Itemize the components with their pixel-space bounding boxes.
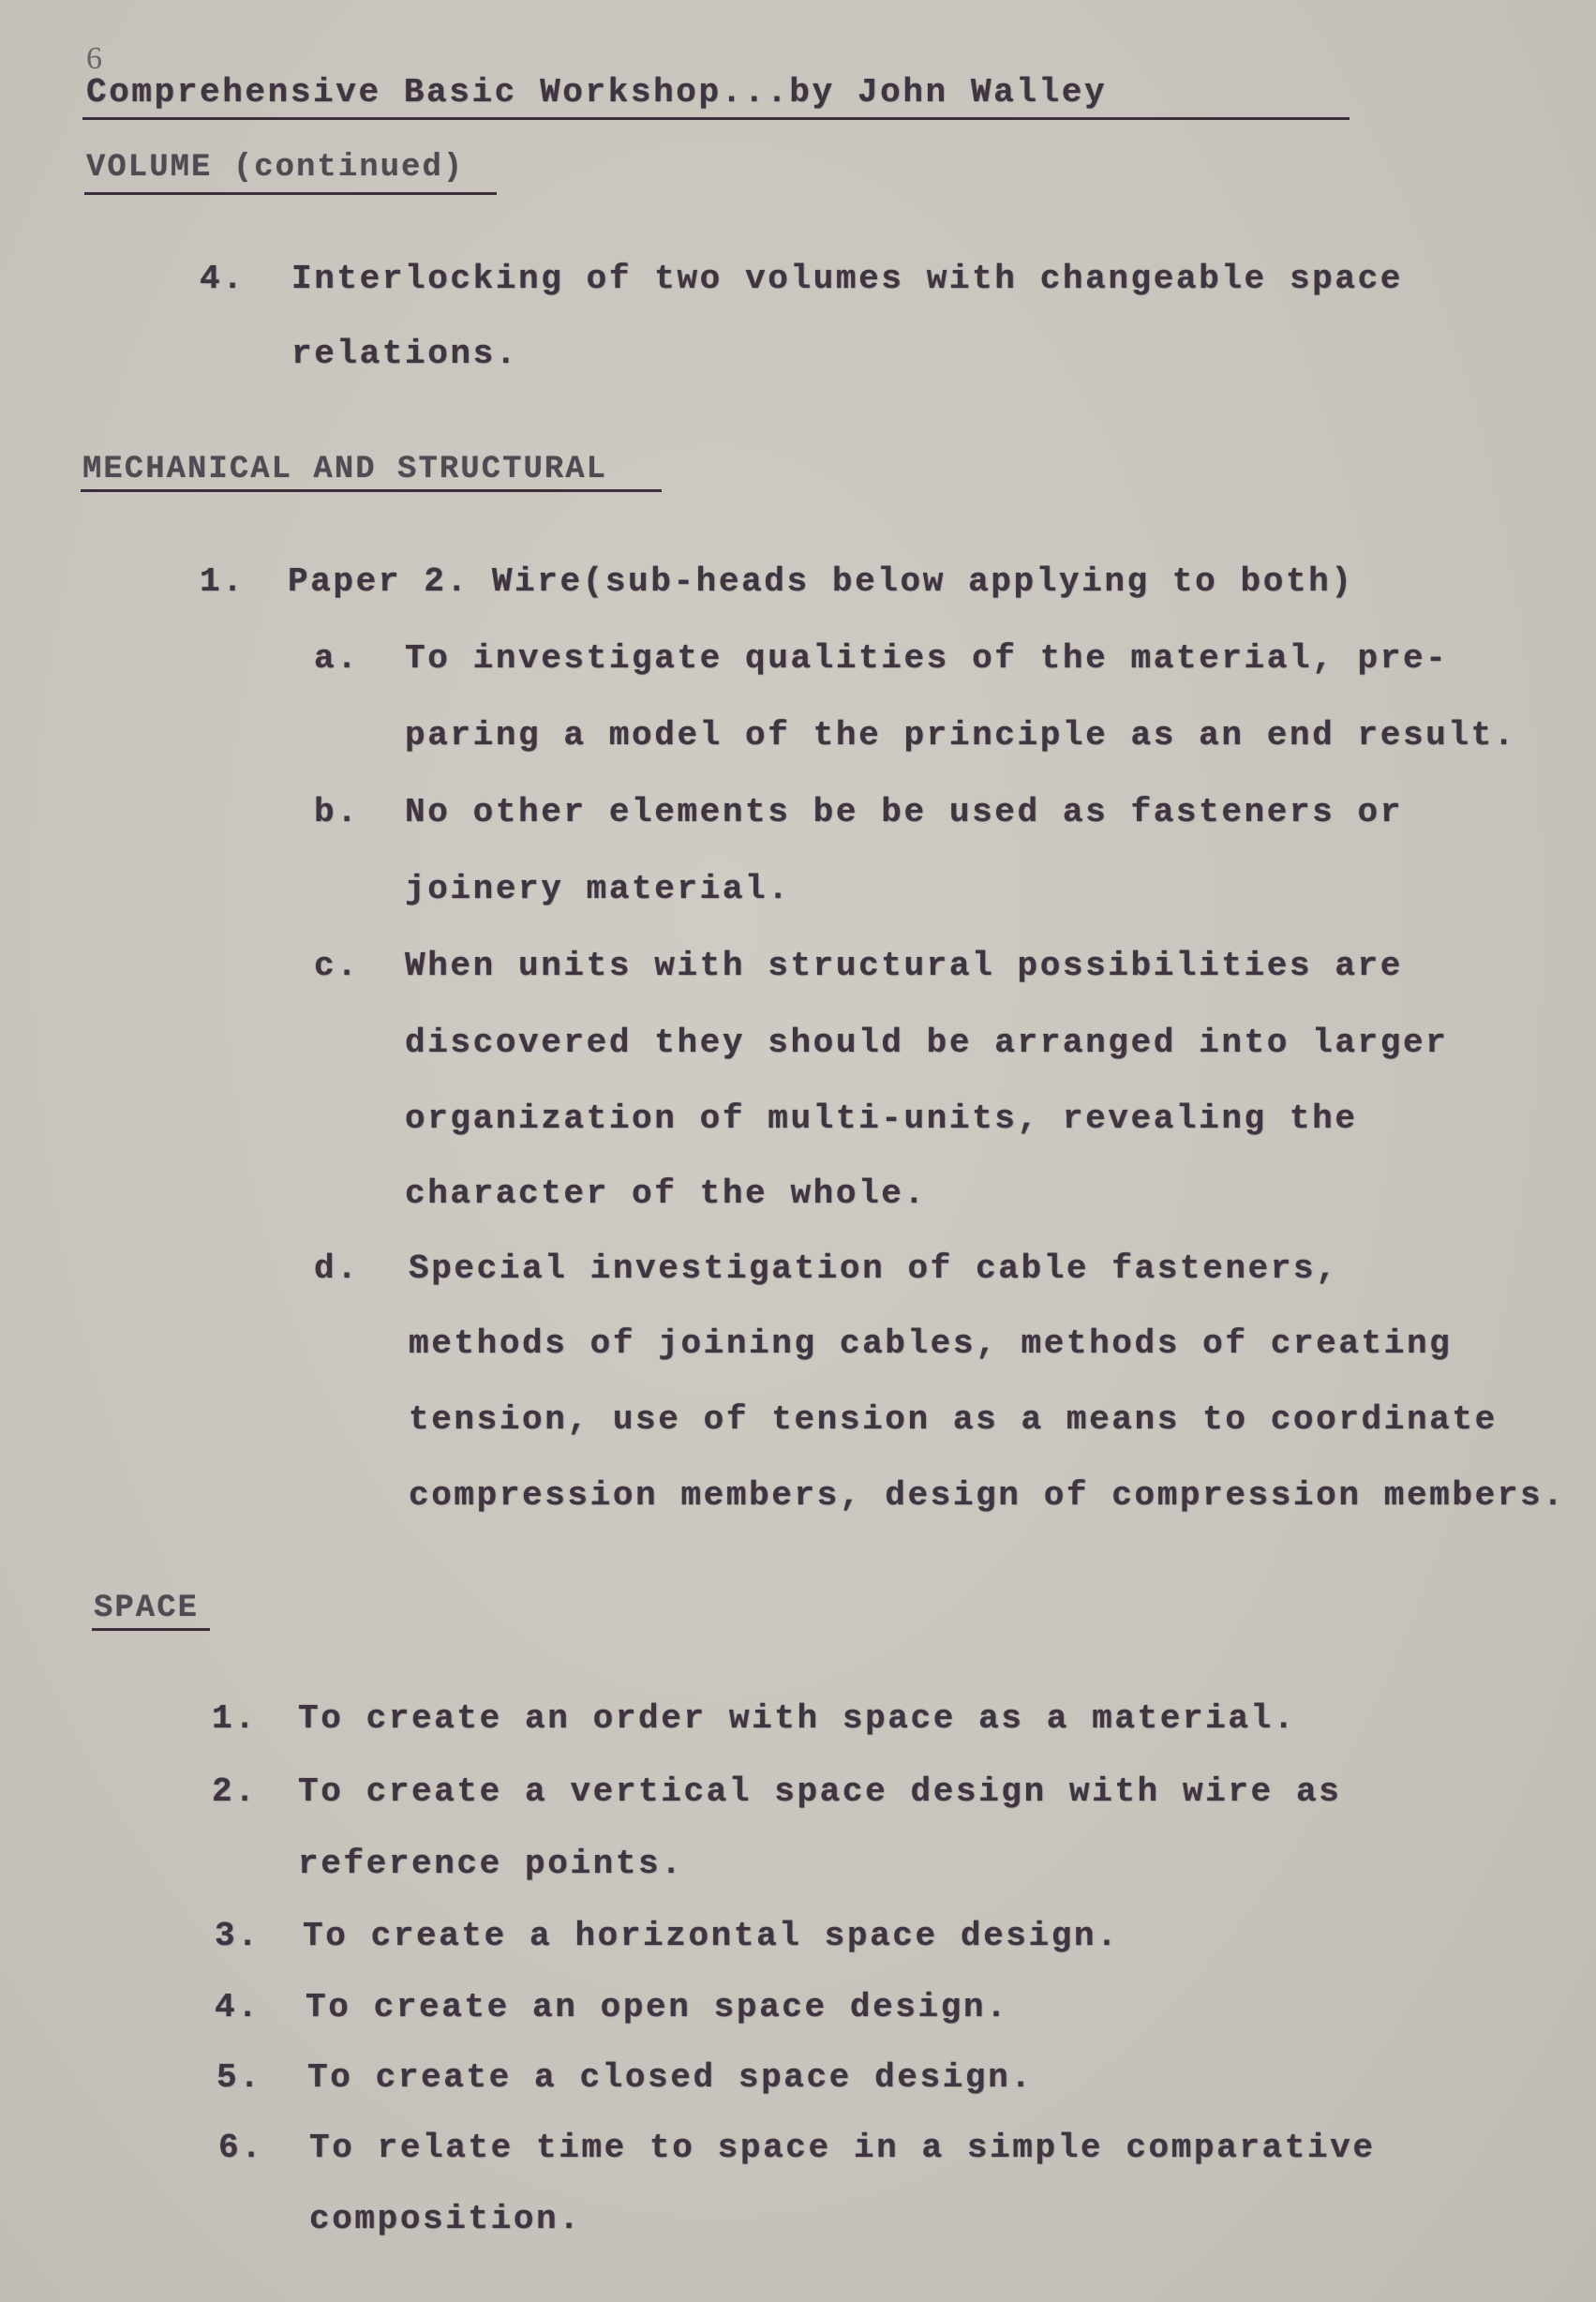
item-line: When units with structural possibilities…: [405, 947, 1403, 985]
item-line: organization of multi-units, revealing t…: [405, 1099, 1358, 1138]
section-heading-volume: VOLUME (continued): [86, 150, 464, 186]
mechanical-heading-underline: [81, 489, 662, 492]
item-marker: 4.: [200, 260, 245, 298]
item-line: character of the whole.: [405, 1174, 927, 1213]
item-line: compression members, design of compressi…: [409, 1476, 1565, 1515]
volume-heading-underline: [84, 192, 497, 195]
item-line: discovered they should be arranged into …: [405, 1024, 1448, 1062]
item-line: To create a horizontal space design.: [303, 1917, 1119, 1955]
item-line: paring a model of the principle as an en…: [405, 716, 1516, 755]
section-heading-mechanical: MECHANICAL AND STRUCTURAL: [82, 452, 607, 487]
item-marker: 1.: [212, 1699, 257, 1738]
item-line: Paper 2. Wire(sub-heads below applying t…: [288, 562, 1354, 601]
item-marker: 4.: [215, 1988, 260, 2026]
item-line: joinery material.: [405, 870, 790, 908]
item-line: reference points.: [298, 1845, 683, 1883]
item-marker: c.: [314, 947, 359, 985]
item-marker: 2.: [212, 1772, 257, 1811]
typewritten-page: 6 Comprehensive Basic Workshop...by John…: [0, 0, 1596, 2302]
item-line: To relate time to space in a simple comp…: [309, 2129, 1376, 2167]
item-marker: b.: [314, 793, 359, 831]
item-line: To create an order with space as a mater…: [298, 1699, 1296, 1738]
page-number: 6: [86, 41, 102, 77]
item-line: methods of joining cables, methods of cr…: [409, 1324, 1452, 1363]
item-marker: a.: [314, 639, 359, 678]
item-line: composition.: [309, 2200, 581, 2238]
space-heading-underline: [92, 1628, 210, 1631]
item-marker: 1.: [200, 562, 245, 601]
item-marker: 5.: [216, 2058, 261, 2097]
document-title: Comprehensive Basic Workshop...by John W…: [86, 73, 1107, 112]
item-line: To create an open space design.: [306, 1988, 1008, 2026]
item-line: To investigate qualities of the material…: [405, 639, 1448, 678]
item-marker: d.: [314, 1249, 359, 1288]
item-line: To create a closed space design.: [307, 2058, 1034, 2097]
item-line: Interlocking of two volumes with changea…: [291, 260, 1403, 298]
item-line: Special investigation of cable fasteners…: [409, 1249, 1338, 1288]
item-marker: 6.: [218, 2129, 263, 2167]
item-marker: 3.: [215, 1917, 260, 1955]
title-underline: [82, 117, 1350, 120]
item-line: tension, use of tension as a means to co…: [409, 1400, 1498, 1439]
item-line: relations.: [291, 335, 518, 373]
section-heading-space: SPACE: [94, 1591, 199, 1626]
item-line: To create a vertical space design with w…: [298, 1772, 1341, 1811]
item-line: No other elements be be used as fastener…: [405, 793, 1403, 831]
